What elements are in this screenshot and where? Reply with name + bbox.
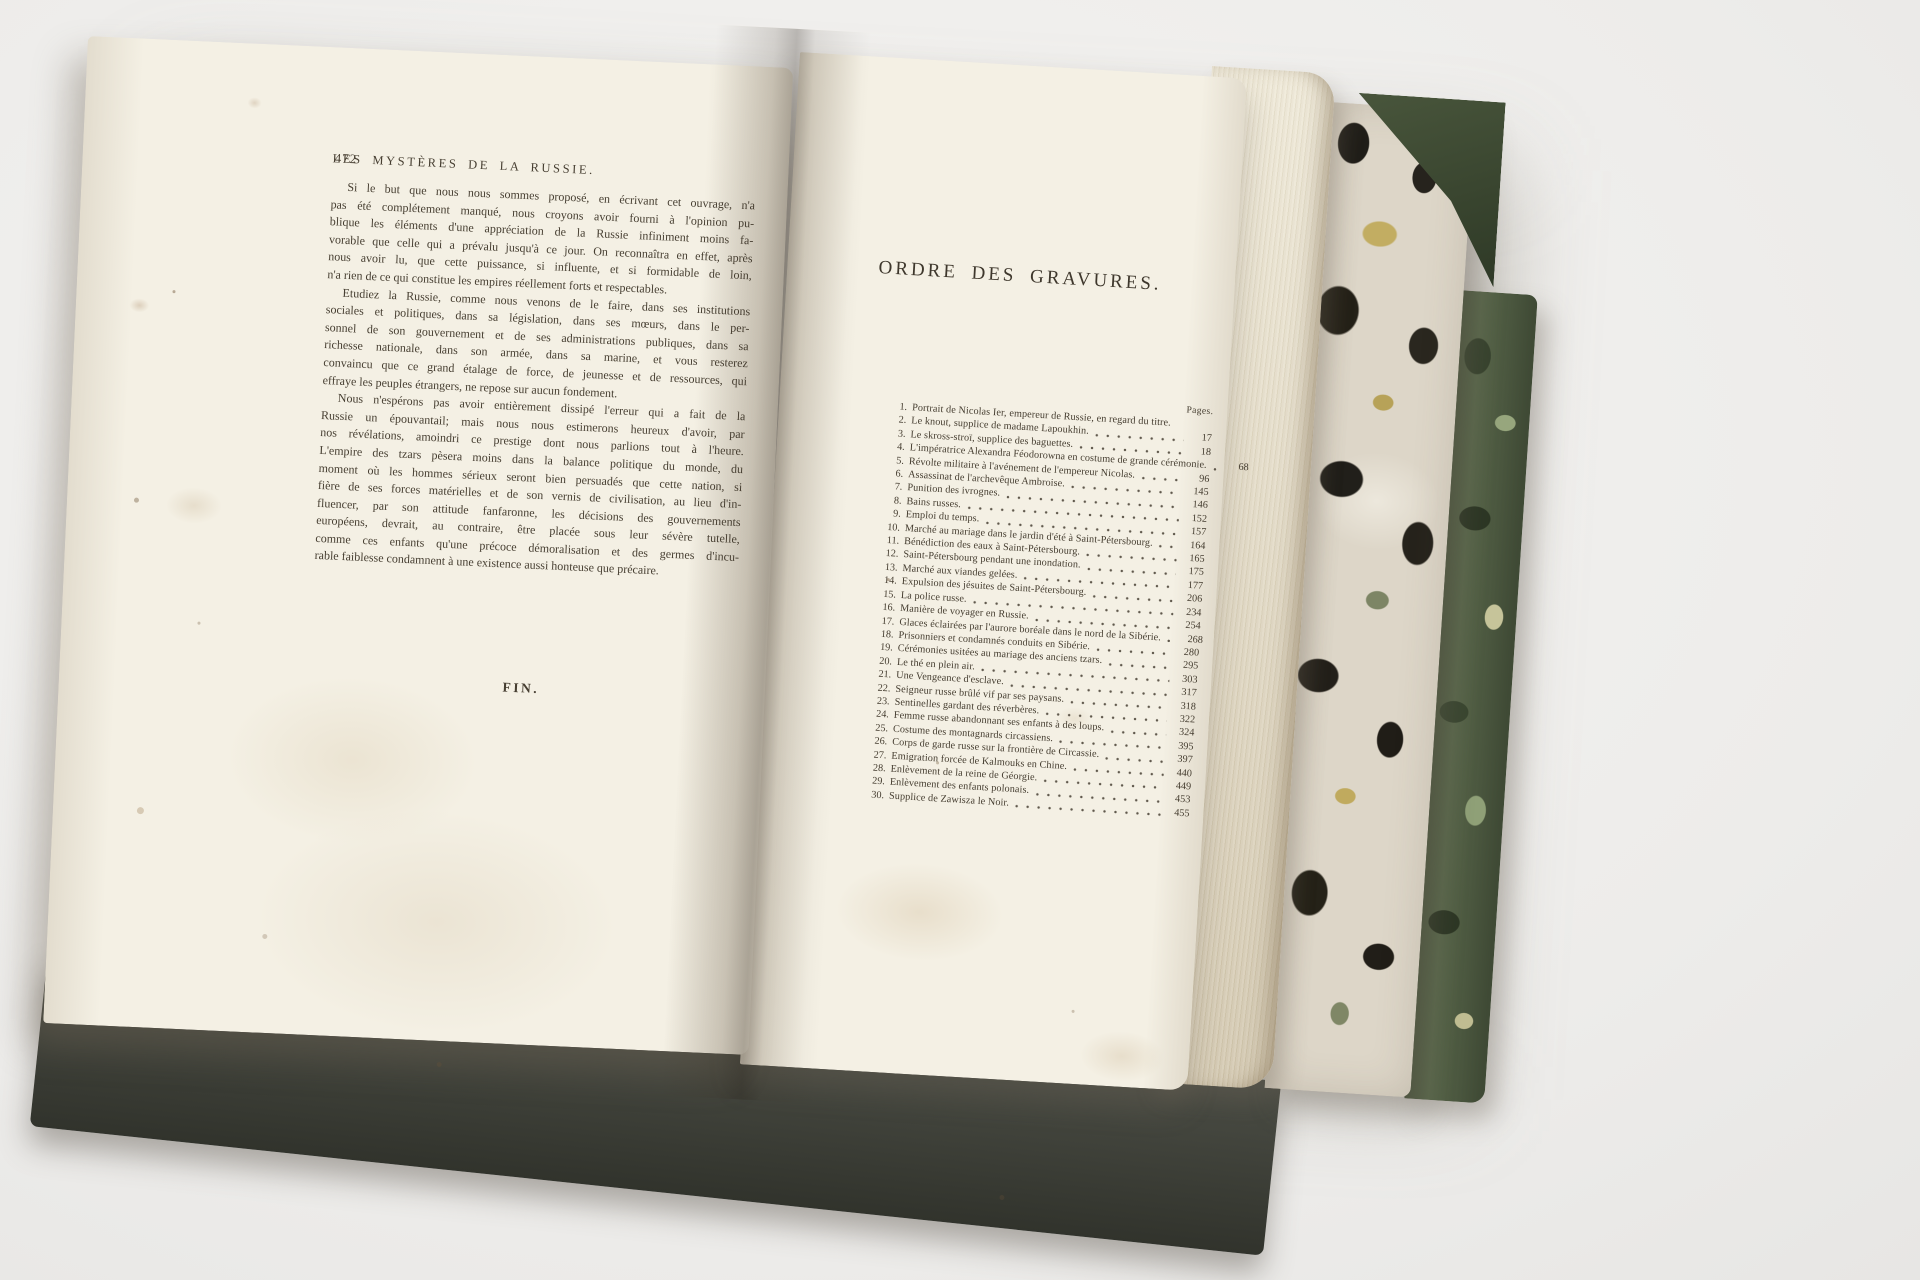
toc-page-number: 96: [1187, 471, 1210, 486]
right-page: ORDRE DES GRAVURES. Pages. 1.Portrait de…: [740, 52, 1247, 1091]
toc-page-number: 254: [1178, 619, 1201, 634]
left-page: 472 LES MYSTÈRES DE LA RUSSIE. Si le but…: [43, 36, 793, 1055]
toc-entry-number: 28.: [861, 761, 886, 776]
toc-entry-number: 16.: [871, 600, 896, 615]
toc-page-number: 152: [1185, 512, 1208, 527]
toc-entry-number: 8.: [877, 493, 902, 508]
toc-dot-leader: [1158, 544, 1177, 549]
toc-page-number: 455: [1167, 806, 1190, 821]
toc-entry-number: 19.: [868, 640, 893, 655]
toc-entry-number: 3.: [881, 426, 906, 441]
toc-page-number: 145: [1186, 485, 1209, 500]
toc-page-number: 206: [1180, 592, 1203, 607]
toc-page-number: 146: [1185, 498, 1208, 513]
body-text: Si le but que nous nous sommes proposé, …: [314, 178, 755, 584]
toc-entry-number: 29.: [860, 774, 885, 789]
toc-page-number: 453: [1168, 793, 1191, 808]
toc-entry-number: 12.: [874, 547, 899, 562]
toc-entry-number: 21.: [867, 667, 892, 682]
toc-page-number: 295: [1176, 659, 1199, 674]
toc-entry-number: 20.: [868, 654, 893, 669]
foxing-specks: [172, 290, 175, 293]
toc-page-number: 234: [1179, 605, 1202, 620]
toc-entry-number: 2.: [882, 413, 907, 428]
toc-entry-number: 18.: [869, 627, 894, 642]
toc-page-number: 268: [1181, 632, 1204, 647]
toc-page-number: 164: [1183, 538, 1206, 553]
toc-page-number: 68: [1226, 460, 1249, 475]
toc-entry-number: 11.: [875, 533, 900, 548]
toc-page-number: 440: [1170, 766, 1193, 781]
toc-entry-number: 30.: [860, 788, 885, 803]
toc-page-number: 322: [1173, 712, 1196, 727]
toc-dot-leader: [1212, 467, 1220, 471]
toc-page-number: 175: [1181, 565, 1204, 580]
toc-entry-number: 9.: [876, 507, 901, 522]
toc-page-number: 18: [1189, 445, 1212, 460]
toc-entry-number: 1.: [883, 400, 908, 415]
toc-entry-number: 23.: [865, 694, 890, 709]
toc-dot-leader: [1167, 639, 1175, 643]
gravures-title: ORDRE DES GRAVURES.: [853, 256, 1188, 298]
toc-list: Pages. 1.Portrait de Nicolas Ier, empere…: [860, 400, 1213, 821]
toc-entry-number: 26.: [863, 734, 888, 749]
toc-page-number: 324: [1172, 726, 1195, 741]
toc-entry-number: 6.: [879, 466, 904, 481]
toc-entry-number: 7.: [878, 480, 903, 495]
toc-entry-number: 4.: [880, 440, 905, 455]
toc-page-number: 317: [1174, 685, 1197, 700]
toc-page-number: 165: [1182, 552, 1205, 567]
toc-page-number: 318: [1174, 699, 1197, 714]
toc-rows: 1.Portrait de Nicolas Ier, empereur de R…: [860, 400, 1213, 821]
pages-column-label: Pages.: [1186, 406, 1213, 418]
toc-page-number: 397: [1170, 752, 1193, 767]
toc-entry-number: 14.: [872, 574, 897, 589]
toc-page-number: 17: [1189, 431, 1212, 446]
toc-page-number: 280: [1177, 645, 1200, 660]
toc-page-number: 177: [1181, 578, 1204, 593]
page-number: 472: [334, 150, 357, 167]
toc-entry-number: 22.: [866, 681, 891, 696]
running-title: LES MYSTÈRES DE LA RUSSIE.: [332, 151, 595, 177]
toc-entry-number: 27.: [862, 748, 887, 763]
toc-page-number: 157: [1184, 525, 1207, 540]
toc-page-number: 395: [1171, 739, 1194, 754]
toc-entry-number: 15.: [872, 587, 897, 602]
toc-entry-number: 13.: [873, 560, 898, 575]
fin-label: FIN.: [309, 671, 733, 706]
toc-entry-number: 5.: [880, 453, 905, 468]
toc-dot-leader: [1015, 804, 1162, 817]
toc-entry-number: 25.: [864, 721, 889, 736]
toc-page-number: 449: [1169, 779, 1192, 794]
toc-entry-number: 24.: [864, 707, 889, 722]
toc-entry-number: 10.: [876, 520, 901, 535]
toc-entry-number: 17.: [870, 614, 895, 629]
photo-background: ORDRE DES GRAVURES. Pages. 1.Portrait de…: [0, 0, 1920, 1280]
toc-page-number: 303: [1175, 672, 1198, 687]
